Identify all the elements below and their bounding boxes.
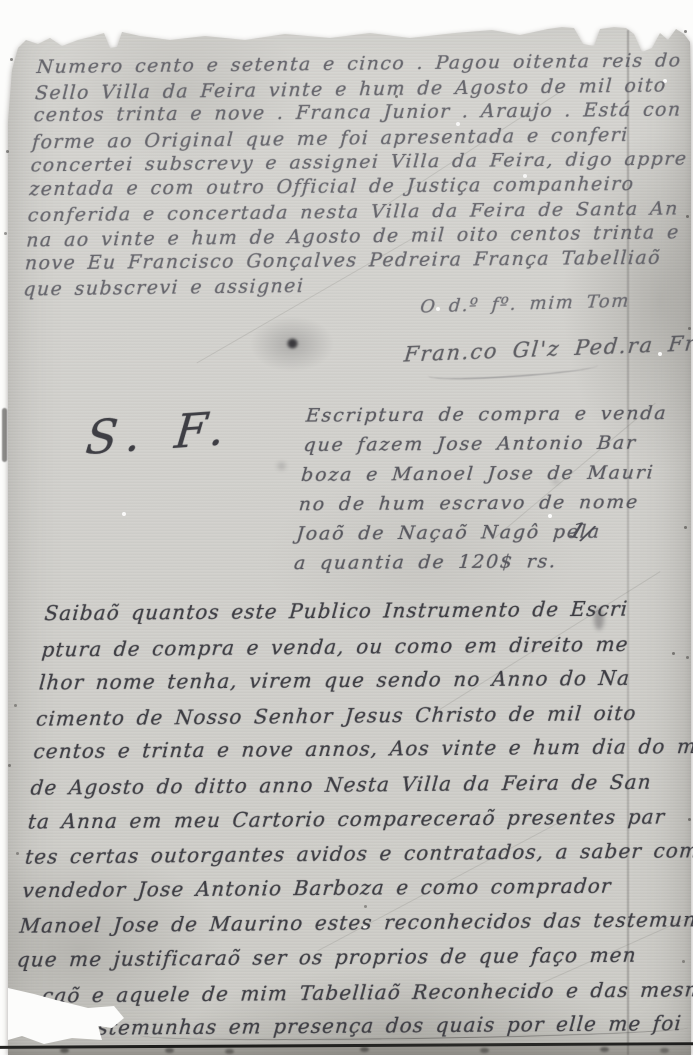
- body-line: Saibaõ quantos este Publico Instrumento …: [43, 591, 660, 630]
- heading-line: Escriptura de compra e venda: [305, 399, 655, 431]
- deed-body: Saibaõ quantos este Publico Instrumento …: [10, 591, 660, 1046]
- dark-specks: [684, 30, 687, 33]
- heading-line: que fazem Jose Antonio Bar: [302, 428, 652, 460]
- body-line: ptura de compra e venda, ou como em dire…: [40, 626, 657, 667]
- body-line: cimento de Nosso Senhor Jesus Christo de…: [35, 695, 652, 736]
- body-line: lhor nome tenha, virem que sendo no Anno…: [38, 661, 655, 700]
- deed-heading: Escriptura de compra e venda que fazem J…: [293, 399, 655, 579]
- cutoff-writing-marks: [60, 1048, 69, 1053]
- body-line: tes certas outorgantes avidos e contrata…: [24, 834, 641, 875]
- manuscript-scan: Numero cento e setenta e cinco . Pagou o…: [0, 0, 693, 1055]
- body-line: Manoel Jose de Maurino estes reconhecido…: [18, 903, 635, 944]
- heading-line: boza e Manoel Jose de Mauri: [300, 458, 650, 490]
- registry-note: Numero cento e setenta e cinco . Pagou o…: [23, 49, 638, 301]
- margin-rubric-initials: S. F.: [83, 401, 237, 466]
- body-line: que me justificaraõ ser os proprios de q…: [16, 938, 633, 977]
- ink-blot: [286, 338, 299, 349]
- torn-edge-sliver: [2, 408, 7, 462]
- body-line: ta Anna em meu Cartorio compareceraõ pre…: [27, 799, 644, 838]
- body-line: centos e trinta e nove annos, Aos vinte …: [32, 730, 649, 769]
- body-line: vendedor Jose Antonio Barboza e como com…: [21, 868, 638, 907]
- ink-smudge: [277, 462, 286, 470]
- registry-line: zentada e com outro Official de Justiça …: [29, 172, 630, 202]
- body-line: de Agosto do ditto anno Nesta Villa da F…: [29, 765, 646, 806]
- heading-line: a quantia de 120$ rs.: [293, 546, 643, 578]
- heading-line: no de hum escravo de nome: [298, 487, 648, 519]
